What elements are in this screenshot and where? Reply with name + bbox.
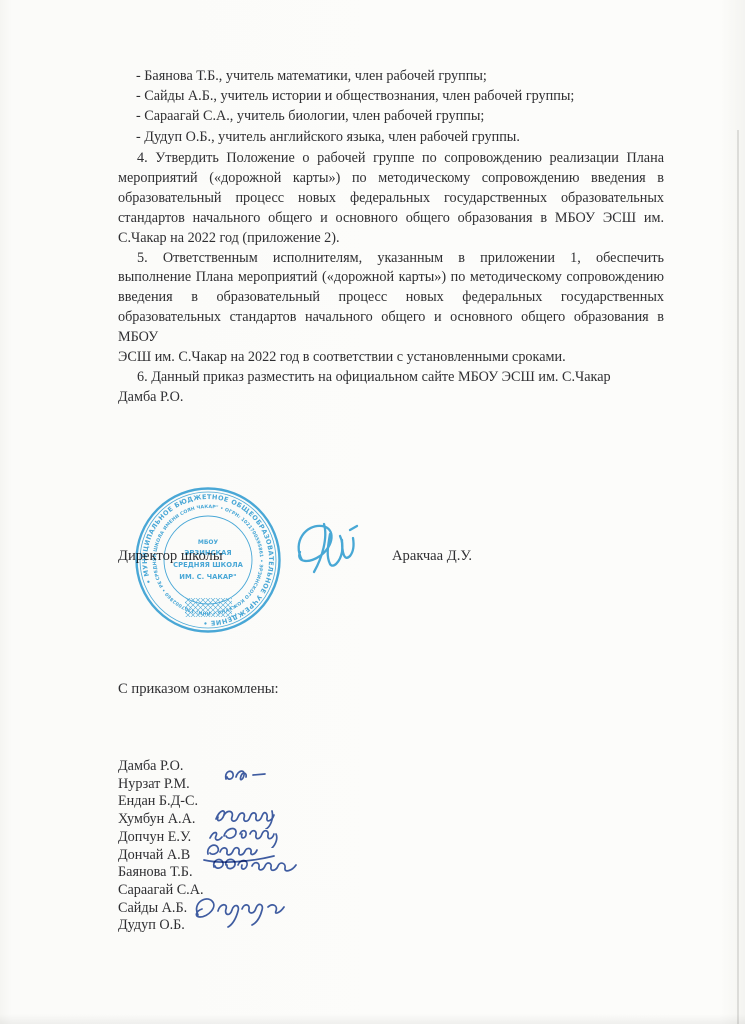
order-paragraphs: 4. Утвердить Положение о рабочей группе …: [118, 149, 664, 408]
acknowledgement-person: Баянова Т.Б.: [118, 864, 204, 882]
acknowledgement-person: Дончай А.В: [118, 847, 204, 865]
paragraph-line: С.Чакар на 2022 год (приложение 2).: [118, 229, 664, 249]
acknowledgement-person: Ендан Б.Д-С.: [118, 793, 204, 811]
director-signature: [284, 512, 372, 594]
signature-dudup: [188, 893, 288, 929]
stamp-inner-circle: [164, 516, 252, 604]
paragraph-line: введения в образовательный процесс новых…: [118, 288, 664, 308]
member-list-item: - Дудуп О.Б., учитель английского языка,…: [136, 127, 574, 147]
working-group-member-list: - Баянова Т.Б., учитель математики, член…: [136, 66, 574, 147]
paragraph-line: 6. Данный приказ разместить на официальн…: [118, 368, 664, 388]
paragraph-line: Дамба Р.О.: [118, 388, 664, 408]
member-list-item: - Сайды А.Б., учитель истории и общество…: [136, 86, 574, 106]
paragraph-line: образовательный процесс новых федеральны…: [118, 189, 664, 209]
scan-edge-artifact: [737, 130, 739, 1024]
director-name: Аракчаа Д.У.: [392, 548, 472, 565]
stamp-center-line: МБОУ: [198, 539, 219, 546]
signature-nurzat: [220, 765, 268, 787]
school-round-stamp-icon: • МУНИЦИПАЛЬНОЕ БЮДЖЕТНОЕ ОБЩЕОБРАЗОВАТЕ…: [133, 485, 283, 635]
signature-bayanova: [208, 855, 300, 883]
stamp-hatch-box: [185, 598, 232, 617]
acknowledgement-person: Хумбун А.А.: [118, 811, 204, 829]
acknowledgement-heading: С приказом ознакомлены:: [118, 681, 279, 698]
paragraph-line: стандартов начального общего и основного…: [118, 209, 664, 229]
acknowledgement-person: Допчун Е.У.: [118, 829, 204, 847]
document-page: - Баянова Т.Б., учитель математики, член…: [0, 0, 745, 1024]
stamp-center-line: ЭРЗИНСКАЯ: [184, 549, 231, 557]
acknowledgement-person: Нурзат Р.М.: [118, 776, 204, 794]
paragraph-line: ЭСШ им. С.Чакар на 2022 год в соответств…: [118, 348, 664, 368]
stamp-center-line: СРЕДНЯЯ ШКОЛА: [173, 561, 244, 569]
paragraph-line: мероприятий («дорожной карты») по методи…: [118, 169, 664, 189]
stamp-center-line: ИМ. С. ЧАКАР": [179, 573, 236, 581]
acknowledgement-person: Дамба Р.О.: [118, 758, 204, 776]
member-list-item: - Сараагай С.А., учитель биологии, член …: [136, 106, 574, 126]
paragraph-line: выполнение Плана мероприятий («дорожной …: [118, 268, 664, 288]
paragraph-line: 4. Утвердить Положение о рабочей группе …: [118, 149, 664, 169]
paragraph-line: 5. Ответственным исполнителям, указанным…: [118, 249, 664, 269]
member-list-item: - Баянова Т.Б., учитель математики, член…: [136, 66, 574, 86]
paragraph-line: образовательных стандартов начального об…: [118, 308, 664, 348]
